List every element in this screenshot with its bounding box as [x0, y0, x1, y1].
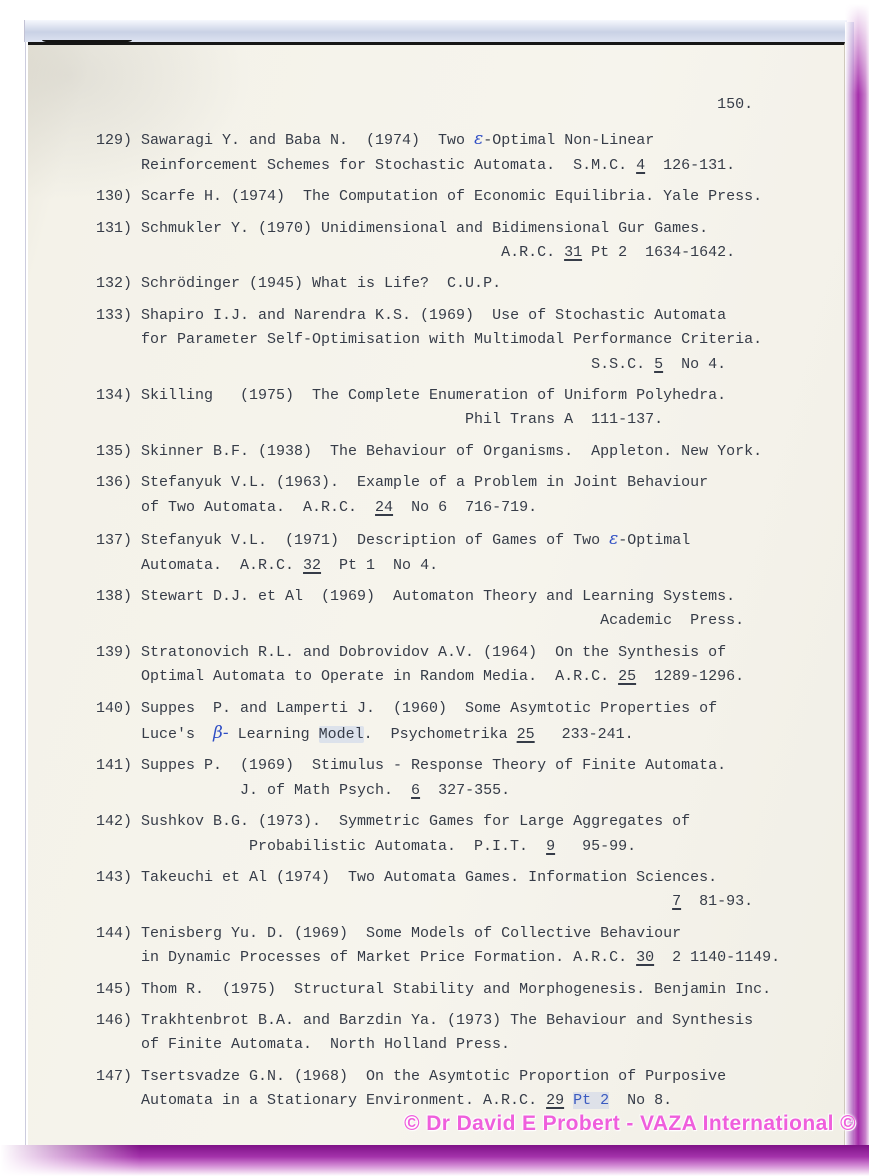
- reference-text: A.R.C.: [501, 244, 564, 261]
- reference-text: 140) Suppes P. and Lamperti J. (1960) So…: [96, 700, 717, 717]
- scanned-document: 150. 129) Sawaragi Y. and Baba N. (1974)…: [0, 0, 869, 1176]
- reference-line: 145) Thom R. (1975) Structural Stability…: [96, 978, 844, 1002]
- reference-entry: 144) Tenisberg Yu. D. (1969) Some Models…: [96, 922, 844, 971]
- reference-entry: 138) Stewart D.J. et Al (1969) Automaton…: [96, 585, 844, 634]
- reference-text: of Finite Automata. North Holland Press.: [141, 1036, 510, 1053]
- reference-text: 143) Takeuchi et Al (1974) Two Automata …: [96, 869, 717, 886]
- reference-entry: 131) Schmukler Y. (1970) Unidimensional …: [96, 217, 844, 266]
- frame-glow-bottom: [0, 1145, 869, 1176]
- reference-entry: 135) Skinner B.F. (1938) The Behaviour o…: [96, 440, 844, 464]
- reference-entry: 130) Scarfe H. (1974) The Computation of…: [96, 185, 844, 209]
- reference-text: 141) Suppes P. (1969) Stimulus - Respons…: [96, 757, 726, 774]
- reference-text: -Optimal: [618, 532, 690, 549]
- reference-text: Pt 1 No 4.: [321, 557, 438, 574]
- reference-entry: 134) Skilling (1975) The Complete Enumer…: [96, 384, 844, 433]
- reference-line: 146) Trakhtenbrot B.A. and Barzdin Ya. (…: [96, 1009, 844, 1033]
- reference-line: Phil Trans A 111-137.: [96, 408, 844, 432]
- reference-line: 141) Suppes P. (1969) Stimulus - Respons…: [96, 754, 844, 778]
- reference-text: in Dynamic Processes of Market Price For…: [141, 949, 636, 966]
- reference-text: No 8.: [609, 1092, 672, 1109]
- reference-entry: 137) Stefanyuk V.L. (1971) Description o…: [96, 527, 844, 578]
- reference-text: 126-131.: [645, 157, 735, 174]
- underlined-volume-number: 24: [375, 499, 393, 516]
- reference-text: 131) Schmukler Y. (1970) Unidimensional …: [96, 220, 708, 237]
- reference-line: Automata in a Stationary Environment. A.…: [96, 1089, 844, 1113]
- reference-text: Luce's: [141, 726, 213, 743]
- reference-line: for Parameter Self-Optimisation with Mul…: [96, 328, 844, 352]
- underlined-volume-number: 32: [303, 557, 321, 574]
- reference-text: Reinforcement Schemes for Stochastic Aut…: [141, 157, 636, 174]
- reference-line: 136) Stefanyuk V.L. (1963). Example of a…: [96, 471, 844, 495]
- page-content: 150. 129) Sawaragi Y. and Baba N. (1974)…: [28, 45, 844, 1121]
- reference-line: Automata. A.R.C. 32 Pt 1 No 4.: [96, 554, 844, 578]
- reference-line: 139) Stratonovich R.L. and Dobrovidov A.…: [96, 641, 844, 665]
- reference-line: S.S.C. 5 No 4.: [96, 353, 844, 377]
- reference-text: Academic Press.: [600, 612, 744, 629]
- scan-edge-line: [25, 42, 26, 1145]
- reference-text: Pt 2 1634-1642.: [582, 244, 735, 261]
- reference-text: Phil Trans A 111-137.: [465, 411, 663, 428]
- reference-line: 131) Schmukler Y. (1970) Unidimensional …: [96, 217, 844, 241]
- reference-line: 147) Tsertsvadze G.N. (1968) On the Asym…: [96, 1065, 844, 1089]
- reference-text: 130) Scarfe H. (1974) The Computation of…: [96, 188, 762, 205]
- reference-text: 81-93.: [681, 893, 753, 910]
- reference-list: 129) Sawaragi Y. and Baba N. (1974) Two …: [96, 127, 844, 1113]
- underlined-volume-number: 31: [564, 244, 582, 261]
- reference-entry: 132) Schrödinger (1945) What is Life? C.…: [96, 272, 844, 296]
- reference-line: Optimal Automata to Operate in Random Me…: [96, 665, 844, 689]
- reference-text: No 6 716-719.: [393, 499, 537, 516]
- reference-entry: 129) Sawaragi Y. and Baba N. (1974) Two …: [96, 127, 844, 178]
- reference-text: S.S.C.: [591, 356, 654, 373]
- handwritten-symbol: ε: [609, 529, 618, 549]
- reference-text: Model: [319, 726, 364, 743]
- underlined-volume-number: 25: [618, 668, 636, 685]
- reference-line: of Two Automata. A.R.C. 24 No 6 716-719.: [96, 496, 844, 520]
- reference-line: of Finite Automata. North Holland Press.: [96, 1033, 844, 1057]
- reference-text: 145) Thom R. (1975) Structural Stability…: [96, 981, 771, 998]
- reference-text: 135) Skinner B.F. (1938) The Behaviour o…: [96, 443, 762, 460]
- underlined-volume-number: 7: [672, 893, 681, 910]
- reference-text: 2 1140-1149.: [654, 949, 780, 966]
- reference-text: 138) Stewart D.J. et Al (1969) Automaton…: [96, 588, 735, 605]
- reference-line: 132) Schrödinger (1945) What is Life? C.…: [96, 272, 844, 296]
- reference-text: Learning: [229, 726, 319, 743]
- reference-text: 95-99.: [555, 838, 636, 855]
- reference-line: 129) Sawaragi Y. and Baba N. (1974) Two …: [96, 127, 844, 153]
- reference-line: in Dynamic Processes of Market Price For…: [96, 946, 844, 970]
- reference-text: 146) Trakhtenbrot B.A. and Barzdin Ya. (…: [96, 1012, 753, 1029]
- reference-text: Automata in a Stationary Environment. A.…: [141, 1092, 546, 1109]
- reference-entry: 133) Shapiro I.J. and Narendra K.S. (196…: [96, 304, 844, 377]
- reference-line: 134) Skilling (1975) The Complete Enumer…: [96, 384, 844, 408]
- reference-text: 144) Tenisberg Yu. D. (1969) Some Models…: [96, 925, 681, 942]
- reference-text: 133) Shapiro I.J. and Narendra K.S. (196…: [96, 307, 726, 324]
- reference-line: 7 81-93.: [96, 890, 844, 914]
- reference-line: Academic Press.: [96, 609, 844, 633]
- reference-entry: 143) Takeuchi et Al (1974) Two Automata …: [96, 866, 844, 915]
- paper-sheet: 150. 129) Sawaragi Y. and Baba N. (1974)…: [28, 42, 845, 1145]
- frame-glow-right: [845, 4, 869, 1176]
- reference-line: 138) Stewart D.J. et Al (1969) Automaton…: [96, 585, 844, 609]
- handwritten-symbol: β-: [213, 723, 229, 743]
- reference-text: for Parameter Self-Optimisation with Mul…: [141, 331, 762, 348]
- reference-line: 130) Scarfe H. (1974) The Computation of…: [96, 185, 844, 209]
- underlined-volume-number: 29: [546, 1092, 564, 1109]
- underlined-volume-number: 9: [546, 838, 555, 855]
- handwritten-symbol: ε: [474, 129, 483, 149]
- reference-line: 144) Tenisberg Yu. D. (1969) Some Models…: [96, 922, 844, 946]
- reference-line: A.R.C. 31 Pt 2 1634-1642.: [96, 241, 844, 265]
- reference-text: 1289-1296.: [636, 668, 744, 685]
- reference-text: 142) Sushkov B.G. (1973). Symmetric Game…: [96, 813, 690, 830]
- reference-line: Luce's β- Learning Model. Psychometrika …: [96, 721, 844, 747]
- reference-text: 132) Schrödinger (1945) What is Life? C.…: [96, 275, 501, 292]
- underlined-volume-number: 5: [654, 356, 663, 373]
- underlined-volume-number: 4: [636, 157, 645, 174]
- reference-text: 137) Stefanyuk V.L. (1971) Description o…: [96, 532, 609, 549]
- reference-text: 233-241.: [535, 726, 634, 743]
- reference-text: Pt 2: [573, 1092, 609, 1109]
- reference-line: 135) Skinner B.F. (1938) The Behaviour o…: [96, 440, 844, 464]
- reference-line: Probabilistic Automata. P.I.T. 9 95-99.: [96, 835, 844, 859]
- reference-text: of Two Automata. A.R.C.: [141, 499, 375, 516]
- reference-text: Optimal Automata to Operate in Random Me…: [141, 668, 618, 685]
- reference-entry: 142) Sushkov B.G. (1973). Symmetric Game…: [96, 810, 844, 859]
- reference-text: 147) Tsertsvadze G.N. (1968) On the Asym…: [96, 1068, 726, 1085]
- reference-text: No 4.: [663, 356, 726, 373]
- underlined-volume-number: 25: [517, 726, 535, 743]
- copyright-watermark: © Dr David E Probert - VAZA Internationa…: [404, 1112, 856, 1136]
- reference-entry: 139) Stratonovich R.L. and Dobrovidov A.…: [96, 641, 844, 690]
- reference-text: 129) Sawaragi Y. and Baba N. (1974) Two: [96, 132, 474, 149]
- reference-line: Reinforcement Schemes for Stochastic Aut…: [96, 154, 844, 178]
- reference-entry: 147) Tsertsvadze G.N. (1968) On the Asym…: [96, 1065, 844, 1114]
- reference-line: 140) Suppes P. and Lamperti J. (1960) So…: [96, 697, 844, 721]
- scanner-lid-band: [24, 20, 847, 42]
- reference-text: J. of Math Psych.: [240, 782, 411, 799]
- page-number: 150.: [96, 93, 844, 117]
- reference-entry: 136) Stefanyuk V.L. (1963). Example of a…: [96, 471, 844, 520]
- reference-text: -Optimal Non-Linear: [483, 132, 654, 149]
- reference-text: [564, 1092, 573, 1109]
- reference-text: 136) Stefanyuk V.L. (1963). Example of a…: [96, 474, 708, 491]
- reference-text: . Psychometrika: [364, 726, 517, 743]
- reference-text: 134) Skilling (1975) The Complete Enumer…: [96, 387, 726, 404]
- reference-entry: 141) Suppes P. (1969) Stimulus - Respons…: [96, 754, 844, 803]
- reference-line: 143) Takeuchi et Al (1974) Two Automata …: [96, 866, 844, 890]
- reference-entry: 140) Suppes P. and Lamperti J. (1960) So…: [96, 697, 844, 748]
- reference-text: 327-355.: [420, 782, 510, 799]
- reference-line: 133) Shapiro I.J. and Narendra K.S. (196…: [96, 304, 844, 328]
- reference-text: 139) Stratonovich R.L. and Dobrovidov A.…: [96, 644, 726, 661]
- reference-text: Probabilistic Automata. P.I.T.: [249, 838, 546, 855]
- underlined-volume-number: 30: [636, 949, 654, 966]
- reference-line: 137) Stefanyuk V.L. (1971) Description o…: [96, 527, 844, 553]
- reference-line: 142) Sushkov B.G. (1973). Symmetric Game…: [96, 810, 844, 834]
- underlined-volume-number: 6: [411, 782, 420, 799]
- reference-line: J. of Math Psych. 6 327-355.: [96, 779, 844, 803]
- reference-text: Automata. A.R.C.: [141, 557, 303, 574]
- reference-entry: 145) Thom R. (1975) Structural Stability…: [96, 978, 844, 1002]
- reference-entry: 146) Trakhtenbrot B.A. and Barzdin Ya. (…: [96, 1009, 844, 1058]
